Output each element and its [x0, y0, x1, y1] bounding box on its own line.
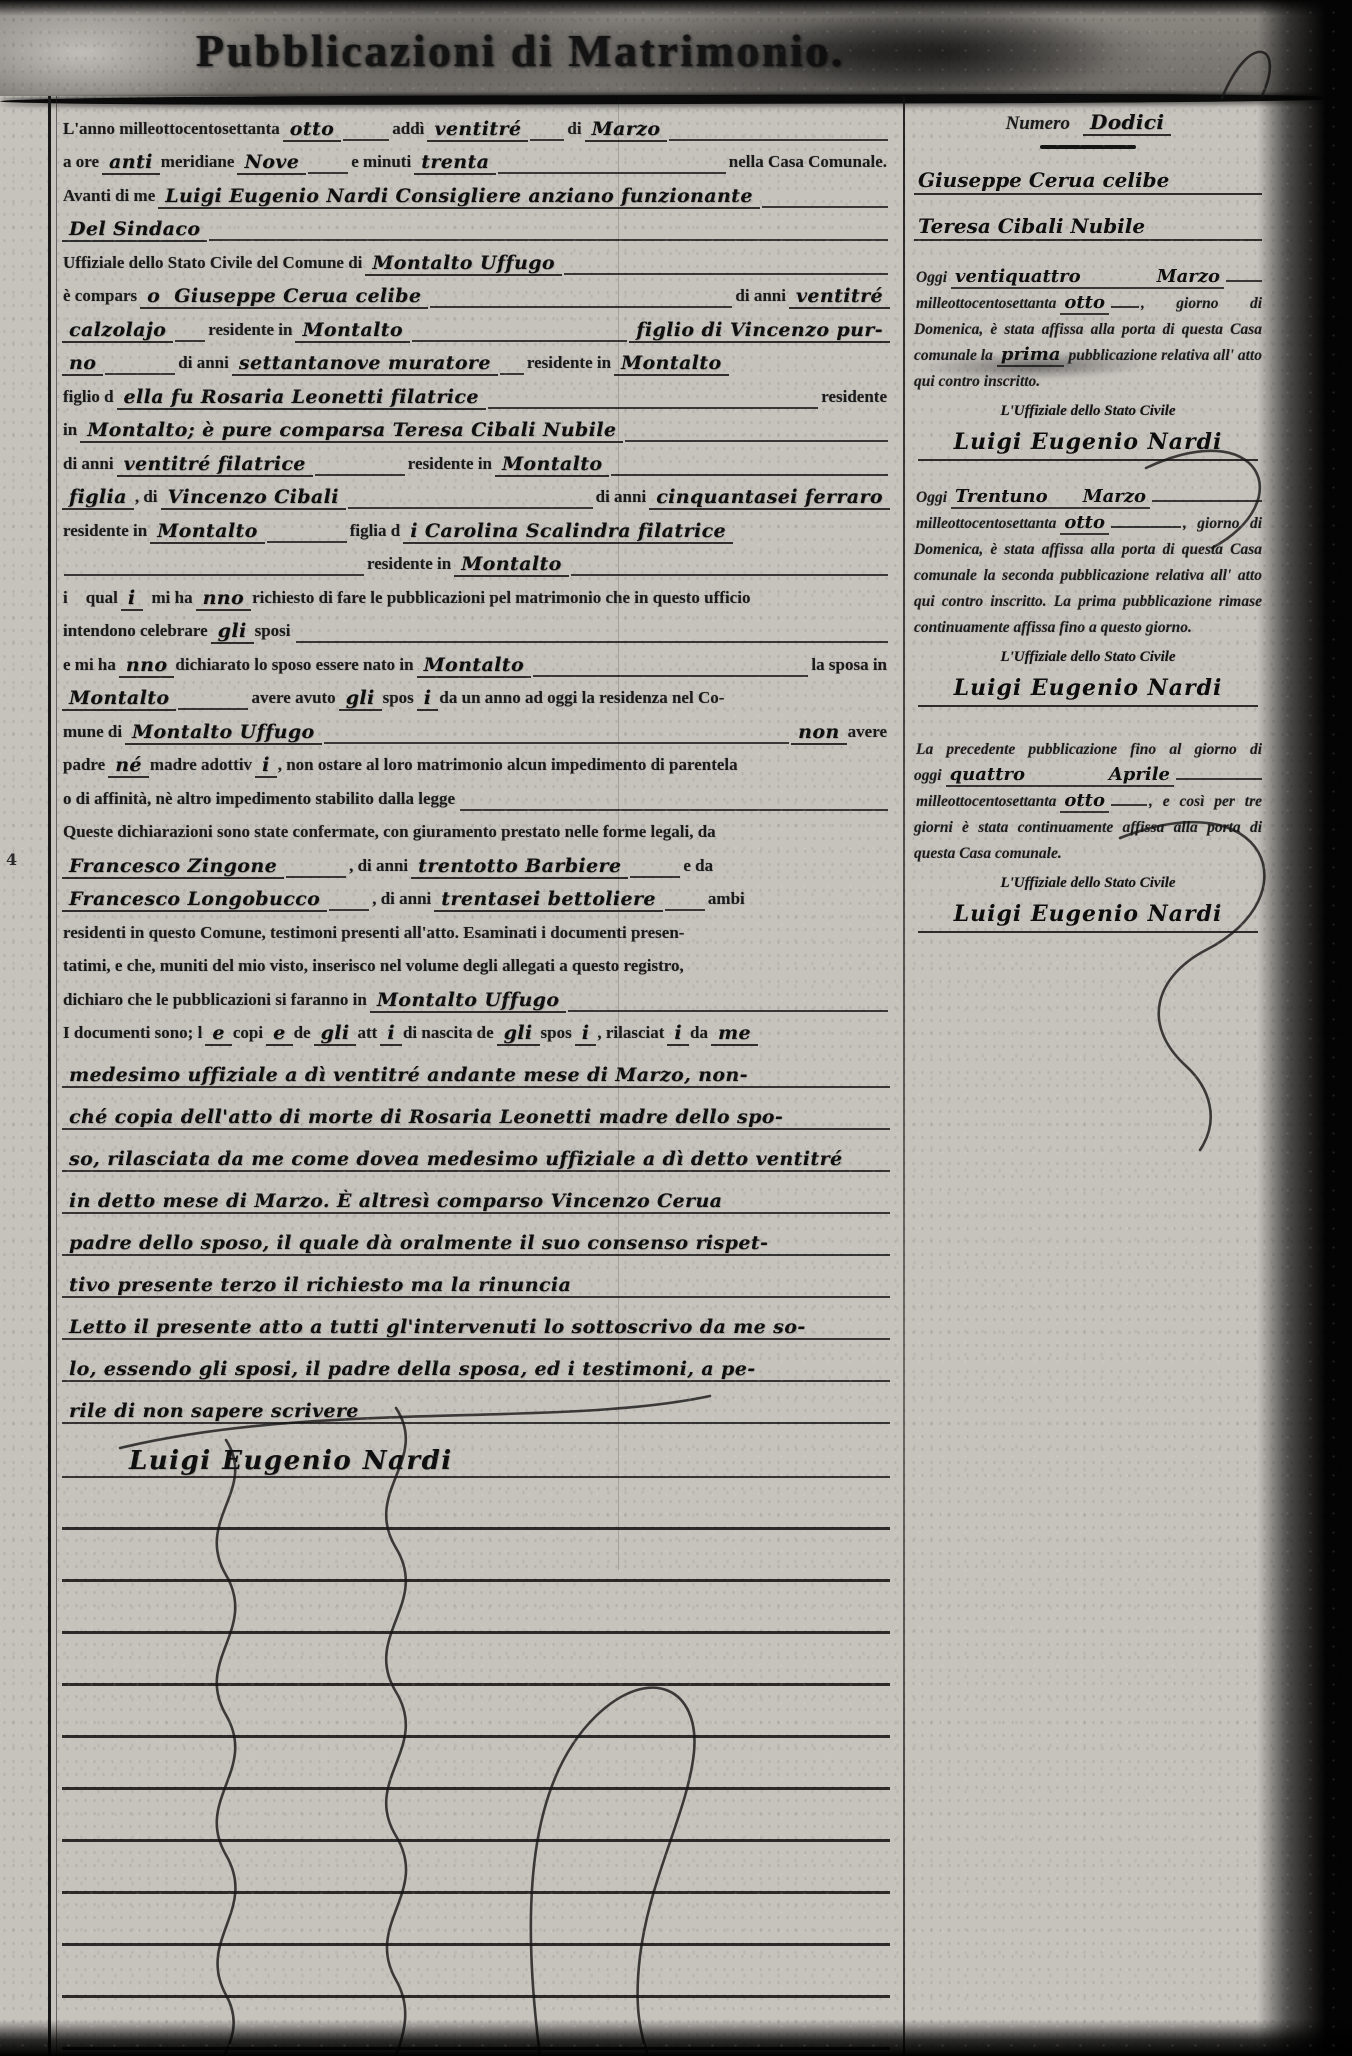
form-line: mune diMontalto Uffugononavere: [62, 711, 890, 745]
handwritten-entry: nno: [196, 587, 252, 611]
handwritten-entry: trentotto Barbiere: [411, 855, 628, 879]
printed-text: residenti in questo Comune, testimoni pr…: [62, 923, 687, 946]
publication-note: La precedente pubblicazione fino al gior…: [914, 737, 1262, 933]
printed-text: residente: [820, 387, 890, 410]
printed-text: I documenti sono; l: [62, 1023, 205, 1046]
blank-rule: [625, 428, 888, 442]
blank-rule: [1111, 518, 1181, 528]
form-line: Del Sindaco: [62, 209, 890, 243]
ruled-empty-line: [62, 1790, 890, 1842]
form-line: Montaltoavere avutoglisposida un anno ad…: [62, 678, 890, 712]
blank-rule: [665, 897, 705, 911]
blank-rule: [209, 227, 888, 241]
handwritten-entry: i Carolina Scalindra filatrice: [403, 520, 733, 544]
blank-rule: [564, 261, 888, 275]
handwritten-entry: Montalto Uffugo: [125, 721, 322, 745]
publication-text: La precedente pubblicazione fino al gior…: [914, 737, 1262, 867]
handwritten-entry: otto: [1060, 790, 1109, 813]
printed-text: copi: [232, 1023, 266, 1046]
printed-text: Oggi: [916, 489, 947, 506]
printed-text: figlia d: [349, 521, 404, 544]
blank-rule: [175, 328, 205, 342]
printed-text: di anni: [177, 353, 232, 376]
blank-rule: [348, 495, 593, 509]
blank-rule: [498, 160, 725, 174]
blank-rule: [488, 395, 818, 409]
printed-text: avere avuto: [250, 688, 338, 711]
form-line: di anniventitré filatriceresidente inMon…: [62, 443, 890, 477]
printed-text: residente in: [207, 320, 295, 343]
handwritten-entry: ventitré filatrice: [117, 453, 313, 477]
handwritten-entry: figlia: [62, 486, 134, 510]
blank-rule: [571, 562, 888, 576]
page-left-border: [48, 96, 51, 2056]
printed-text: è compars: [62, 286, 140, 309]
printed-text: att: [356, 1023, 380, 1046]
handwritten-entry: o: [140, 285, 167, 309]
printed-text: avere: [847, 722, 890, 745]
handwritten-entry: e: [205, 1022, 232, 1046]
handwritten-entry: in detto mese di Marzo. È altresì compar…: [62, 1190, 729, 1212]
form-line: residente inMontalto: [62, 544, 890, 578]
handwritten-entry: trenta: [414, 151, 496, 175]
form-line: dichiaro che le pubblicazioni si faranno…: [62, 979, 890, 1013]
handwritten-entry: Luigi Eugenio Nardi Consigliere anziano …: [158, 185, 760, 209]
printed-text: dichiarato lo sposo essere nato in: [174, 655, 416, 678]
blank-rule: [460, 797, 888, 811]
scan-edge-right: [1257, 0, 1352, 2056]
form-line: è comparsoGiuseppe Cerua celibedi annive…: [62, 276, 890, 310]
blank-rule: [1111, 298, 1139, 308]
handwritten-entry: Giuseppe Cerua celibe: [167, 285, 428, 309]
ruled-empty-line: [62, 1478, 890, 1530]
form-line: ché copia dell'atto di morte di Rosaria …: [62, 1088, 890, 1130]
printed-text: spos: [382, 688, 417, 711]
form-line: residenti in questo Comune, testimoni pr…: [62, 912, 890, 946]
printed-text: , rilasciat: [596, 1023, 667, 1046]
blank-rule: [343, 127, 389, 141]
handwritten-entry: anti: [102, 151, 160, 175]
form-line: Francesco Longobucco, di annitrentasei b…: [62, 879, 890, 913]
publication-note: OggiTrentuno Marzomilleottocentosettanta…: [914, 485, 1262, 707]
handwritten-entry: no: [62, 352, 103, 376]
printed-text: milleottocentosettanta: [916, 793, 1056, 810]
printed-text: figlio d: [62, 387, 117, 410]
form-line: Luigi Eugenio Nardi: [62, 1424, 890, 1478]
handwritten-entry: Montalto Uffugo: [370, 989, 567, 1013]
printed-text: nella Casa Comunale.: [728, 152, 890, 175]
handwritten-entry: otto: [283, 118, 342, 142]
form-line: tatimi, e che, muniti del mio visto, ins…: [62, 946, 890, 980]
handwritten-entry: Montalto; è pure comparsa Teresa Cibali …: [80, 419, 623, 443]
printed-text: richiesto di fare le pubblicazioni pel m…: [251, 588, 753, 611]
margin-mark: 4: [6, 850, 17, 869]
handwritten-entry: i: [380, 1022, 402, 1046]
official-signature: Luigi Eugenio Nardi: [918, 668, 1258, 707]
handwritten-entry: gli: [211, 620, 254, 644]
blank-rule: [669, 127, 888, 141]
printed-text: a ore: [62, 152, 102, 175]
handwritten-entry: quattro Aprile: [946, 764, 1174, 787]
blank-rule: [1176, 770, 1262, 780]
handwritten-entry: tivo presente terzo il richiesto ma la r…: [62, 1274, 578, 1296]
handwritten-entry: Marzo: [585, 118, 668, 142]
form-line: tivo presente terzo il richiesto ma la r…: [62, 1256, 890, 1298]
office-title: L'Uffiziale dello Stato Civile: [914, 403, 1262, 420]
handwritten-entry: ventitré: [789, 285, 890, 309]
blank-rule: [568, 998, 888, 1012]
document-title: Pubblicazioni di Matrimonio.: [196, 24, 845, 77]
printed-text: milleottocentosettanta: [916, 295, 1056, 312]
printed-text: dichiaro che le pubblicazioni si faranno…: [62, 990, 370, 1013]
printed-text: intendono celebrare: [62, 621, 211, 644]
handwritten-entry: Montalto: [495, 453, 609, 477]
handwritten-entry: Nove: [237, 151, 306, 175]
blank-rule: [308, 160, 348, 174]
printed-text: da: [689, 1023, 711, 1046]
printed-text: in: [62, 420, 80, 443]
form-line: e mi hannodichiarato lo sposo essere nat…: [62, 644, 890, 678]
printed-text: ambi: [707, 889, 748, 912]
handwritten-entry: i: [667, 1022, 689, 1046]
publication-text: OggiTrentuno Marzomilleottocentosettanta…: [914, 485, 1262, 641]
handwritten-entry: me: [711, 1022, 758, 1046]
printed-text: e mi ha: [62, 655, 119, 678]
ruled-empty-line: [62, 1842, 890, 1894]
blank-rule: [286, 864, 346, 878]
handwritten-entry: Francesco Longobucco: [62, 888, 327, 912]
form-line: in detto mese di Marzo. È altresì compar…: [62, 1172, 890, 1214]
ruled-empty-line: [62, 1738, 890, 1790]
handwritten-entry: medesimo uffiziale a dì ventitré andante…: [62, 1064, 755, 1086]
ruled-empty-line: [62, 1686, 890, 1738]
form-line: medesimo uffiziale a dì ventitré andante…: [62, 1046, 890, 1088]
handwritten-entry: gli: [314, 1022, 357, 1046]
handwritten-entry: Vincenzo Cibali: [161, 486, 346, 510]
form-left-column: L'anno milleottocentosettantaottoaddìven…: [62, 108, 890, 2050]
handwritten-entry: non: [791, 721, 847, 745]
printed-text: residente in: [526, 353, 614, 376]
printed-text: , di: [134, 487, 161, 510]
ruled-empty-line: [62, 1894, 890, 1946]
handwritten-entry: i: [121, 587, 143, 611]
handwritten-entry: gli: [339, 687, 382, 711]
form-line: nodi annisettantanove muratoreresidente …: [62, 343, 890, 377]
handwritten-entry: Montalto: [417, 654, 531, 678]
blank-rule: [105, 361, 175, 375]
handwritten-entry: otto: [1060, 512, 1109, 535]
handwritten-entry: so, rilasciata da me come dovea medesimo…: [62, 1148, 850, 1170]
form-line: lo, essendo gli sposi, il padre della sp…: [62, 1340, 890, 1382]
official-signature: Luigi Eugenio Nardi: [918, 894, 1258, 933]
record-number-value: Dodici: [1083, 110, 1171, 136]
form-line: a oreantimeridianeNovee minutitrentanell…: [62, 142, 890, 176]
handwritten-entry: i: [255, 754, 277, 778]
form-line: iqualimi hannorichiesto di fare le pubbl…: [62, 577, 890, 611]
blank-rule: [1152, 492, 1262, 502]
printed-text: residente in: [62, 521, 150, 544]
record-number-label: Numero: [1005, 113, 1073, 136]
form-line: L'anno milleottocentosettantaottoaddìven…: [62, 108, 890, 142]
printed-text: milleottocentosettanta: [916, 515, 1056, 532]
handwritten-entry: Montalto: [62, 687, 176, 711]
printed-text: Uffiziale dello Stato Civile del Comune …: [62, 253, 365, 276]
form-line: intendono celebrareglisposi: [62, 611, 890, 645]
printed-text: , di anni: [348, 856, 411, 879]
spouse-name: Teresa Cibali Nubile: [914, 212, 1262, 241]
office-title: L'Uffiziale dello Stato Civile: [914, 649, 1262, 666]
printed-text: i: [62, 588, 71, 611]
printed-text: residente in: [407, 454, 495, 477]
printed-text: , non ostare al loro matrimonio alcun im…: [277, 755, 741, 778]
ruled-empty-line: [62, 1582, 890, 1634]
printed-text: mi ha: [151, 588, 196, 611]
number-underline: [1040, 145, 1136, 149]
handwritten-entry: Francesco Zingone: [62, 855, 284, 879]
form-line: padrenémadre adottivi, non ostare al lor…: [62, 745, 890, 779]
printed-text: di: [566, 119, 584, 142]
handwritten-entry: ella fu Rosaria Leonetti filatrice: [117, 386, 486, 410]
printed-text: o di affinità, nè altro impedimento stab…: [62, 789, 458, 812]
printed-text: Oggi: [916, 269, 947, 286]
page-left-border-inner: [56, 96, 57, 2056]
printed-text: residente in: [366, 554, 454, 577]
blank-rule: [296, 629, 889, 643]
ink-smudge: [768, 6, 1118, 98]
handwritten-entry: i: [417, 687, 439, 711]
form-line: Francesco Zingone, di annitrentotto Barb…: [62, 845, 890, 879]
spouse-name: Giuseppe Cerua celibe: [914, 166, 1262, 195]
handwritten-entry: Del Sindaco: [62, 218, 207, 242]
printed-text: Queste dichiarazioni sono state conferma…: [62, 822, 719, 845]
document-header-band: Pubblicazioni di Matrimonio.: [0, 0, 1352, 96]
handwritten-entry: ventiquattro Marzo: [951, 266, 1224, 289]
blank-rule: [530, 127, 564, 141]
blank-rule: [64, 562, 364, 576]
printed-text: Avanti di me: [62, 186, 158, 209]
handwritten-entry: lo, essendo gli sposi, il padre della sp…: [62, 1358, 762, 1380]
handwritten-entry: Montalto: [614, 352, 728, 376]
handwritten-entry: Montalto: [150, 520, 264, 544]
printed-text: di nascita de: [402, 1023, 497, 1046]
blank-rule: [412, 328, 627, 342]
form-line: Queste dichiarazioni sono state conferma…: [62, 812, 890, 846]
blank-rule: [315, 462, 405, 476]
handwritten-entry: ché copia dell'atto di morte di Rosaria …: [62, 1106, 790, 1128]
form-line: so, rilasciata da me come dovea medesimo…: [62, 1130, 890, 1172]
blank-rule: [329, 897, 369, 911]
handwritten-entry: e: [266, 1022, 293, 1046]
printed-text: mune di: [62, 722, 125, 745]
handwritten-entry: rile di non sapere scrivere: [62, 1400, 366, 1422]
form-line: I documenti sono; lecopiedegliattidi nas…: [62, 1013, 890, 1047]
handwritten-entry: cinquantasei ferraro: [649, 486, 890, 510]
form-line: padre dello sposo, il quale dà oralmente…: [62, 1214, 890, 1256]
form-line: calzolajoresidente inMontaltofiglio di V…: [62, 309, 890, 343]
blank-rule: [630, 864, 680, 878]
form-line: Avanti di meLuigi Eugenio Nardi Consigli…: [62, 175, 890, 209]
form-line: o di affinità, nè altro impedimento stab…: [62, 778, 890, 812]
handwritten-entry: Letto il presente atto a tutti gl'interv…: [62, 1316, 813, 1338]
form-line: Letto il presente atto a tutti gl'interv…: [62, 1298, 890, 1340]
form-line: figlio della fu Rosaria Leonetti filatri…: [62, 376, 890, 410]
handwritten-entry: figlio di Vincenzo pur-: [629, 319, 890, 343]
handwritten-entry: padre dello sposo, il quale dà oralmente…: [62, 1232, 775, 1254]
printed-text: sposi: [254, 621, 294, 644]
ruled-empty-line: [62, 1634, 890, 1686]
printed-text: de: [293, 1023, 314, 1046]
handwritten-entry: i: [575, 1022, 597, 1046]
ruled-empty-line: [62, 1530, 890, 1582]
printed-text: tatimi, e che, muniti del mio visto, ins…: [62, 956, 687, 979]
printed-text: spos: [540, 1023, 575, 1046]
blank-rule: [500, 361, 524, 375]
handwritten-entry: settantanove muratore: [232, 352, 498, 376]
printed-text: e da: [682, 856, 716, 879]
form-line: rile di non sapere scrivere: [62, 1382, 890, 1424]
handwritten-entry: nno: [119, 654, 175, 678]
handwritten-entry: gli: [497, 1022, 540, 1046]
handwritten-entry: otto: [1060, 292, 1109, 315]
blank-rule: [611, 462, 888, 476]
printed-text: padre: [62, 755, 108, 778]
blank-rule: [1111, 796, 1147, 806]
printed-text: , di anni: [371, 889, 434, 912]
handwritten-entry: ventitré: [427, 118, 528, 142]
printed-text: madre adottiv: [149, 755, 255, 778]
handwritten-entry: Montalto: [454, 553, 568, 577]
blank-rule: [178, 696, 248, 710]
printed-text: meridiane: [160, 152, 238, 175]
scan-edge-bottom: [0, 2020, 1352, 2056]
scanned-document-page: Pubblicazioni di Matrimonio. 4 L'anno mi…: [0, 0, 1352, 2056]
printed-text: da un anno ad oggi la residenza nel Co-: [438, 688, 727, 711]
handwritten-entry: né: [108, 754, 149, 778]
handwritten-entry: Luigi Eugenio Nardi: [122, 1446, 460, 1476]
blank-rule: [267, 529, 347, 543]
handwritten-entry: Trentuno Marzo: [951, 486, 1150, 509]
printed-text: di anni: [734, 286, 789, 309]
printed-text: L'anno milleottocentosettanta: [62, 119, 283, 142]
form-line: Uffiziale dello Stato Civile del Comune …: [62, 242, 890, 276]
blank-rule: [533, 663, 808, 677]
handwritten-entry: trentasei bettoliere: [434, 888, 663, 912]
blank-rule: [324, 730, 790, 744]
column-divider: [903, 96, 905, 2056]
blank-rule: [762, 194, 888, 208]
printed-text: la sposa in: [810, 655, 890, 678]
blank-rule: [430, 294, 732, 308]
printed-text: qual: [85, 588, 121, 611]
office-title: L'Uffiziale dello Stato Civile: [914, 875, 1262, 892]
printed-text: e minuti: [350, 152, 414, 175]
handwritten-entry: Montalto: [295, 319, 409, 343]
handwritten-entry: Montalto Uffugo: [365, 252, 562, 276]
stamp-smudge: [918, 350, 1154, 383]
printed-text: di anni: [62, 454, 117, 477]
annotations-right-column: NumeroDodiciGiuseppe Cerua celibeTeresa …: [914, 106, 1262, 933]
form-line: figlia, diVincenzo Cibalidi annicinquant…: [62, 477, 890, 511]
form-line: inMontalto; è pure comparsa Teresa Cibal…: [62, 410, 890, 444]
handwritten-entry: calzolajo: [62, 319, 173, 343]
record-number: NumeroDodici: [914, 110, 1262, 136]
official-signature: Luigi Eugenio Nardi: [918, 422, 1258, 461]
form-line: residente inMontaltofiglia di Carolina S…: [62, 510, 890, 544]
printed-text: di anni: [595, 487, 650, 510]
ruled-empty-line: [62, 1946, 890, 1998]
printed-text: addì: [391, 119, 427, 142]
